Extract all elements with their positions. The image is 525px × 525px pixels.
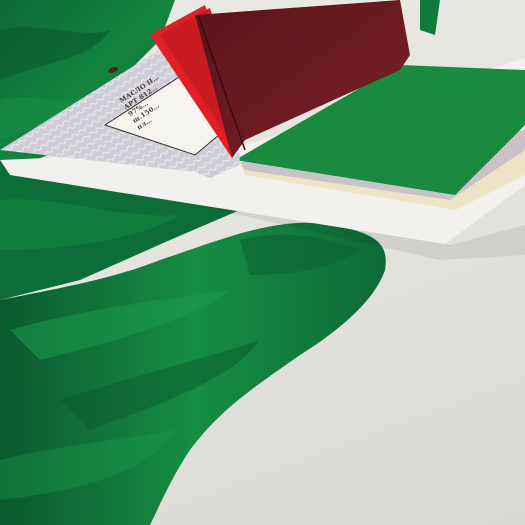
scene-drawing xyxy=(0,0,525,525)
photo-scene: МАСЛО П… АРТ 812… 97%… ш.150… пл… xyxy=(0,0,525,525)
